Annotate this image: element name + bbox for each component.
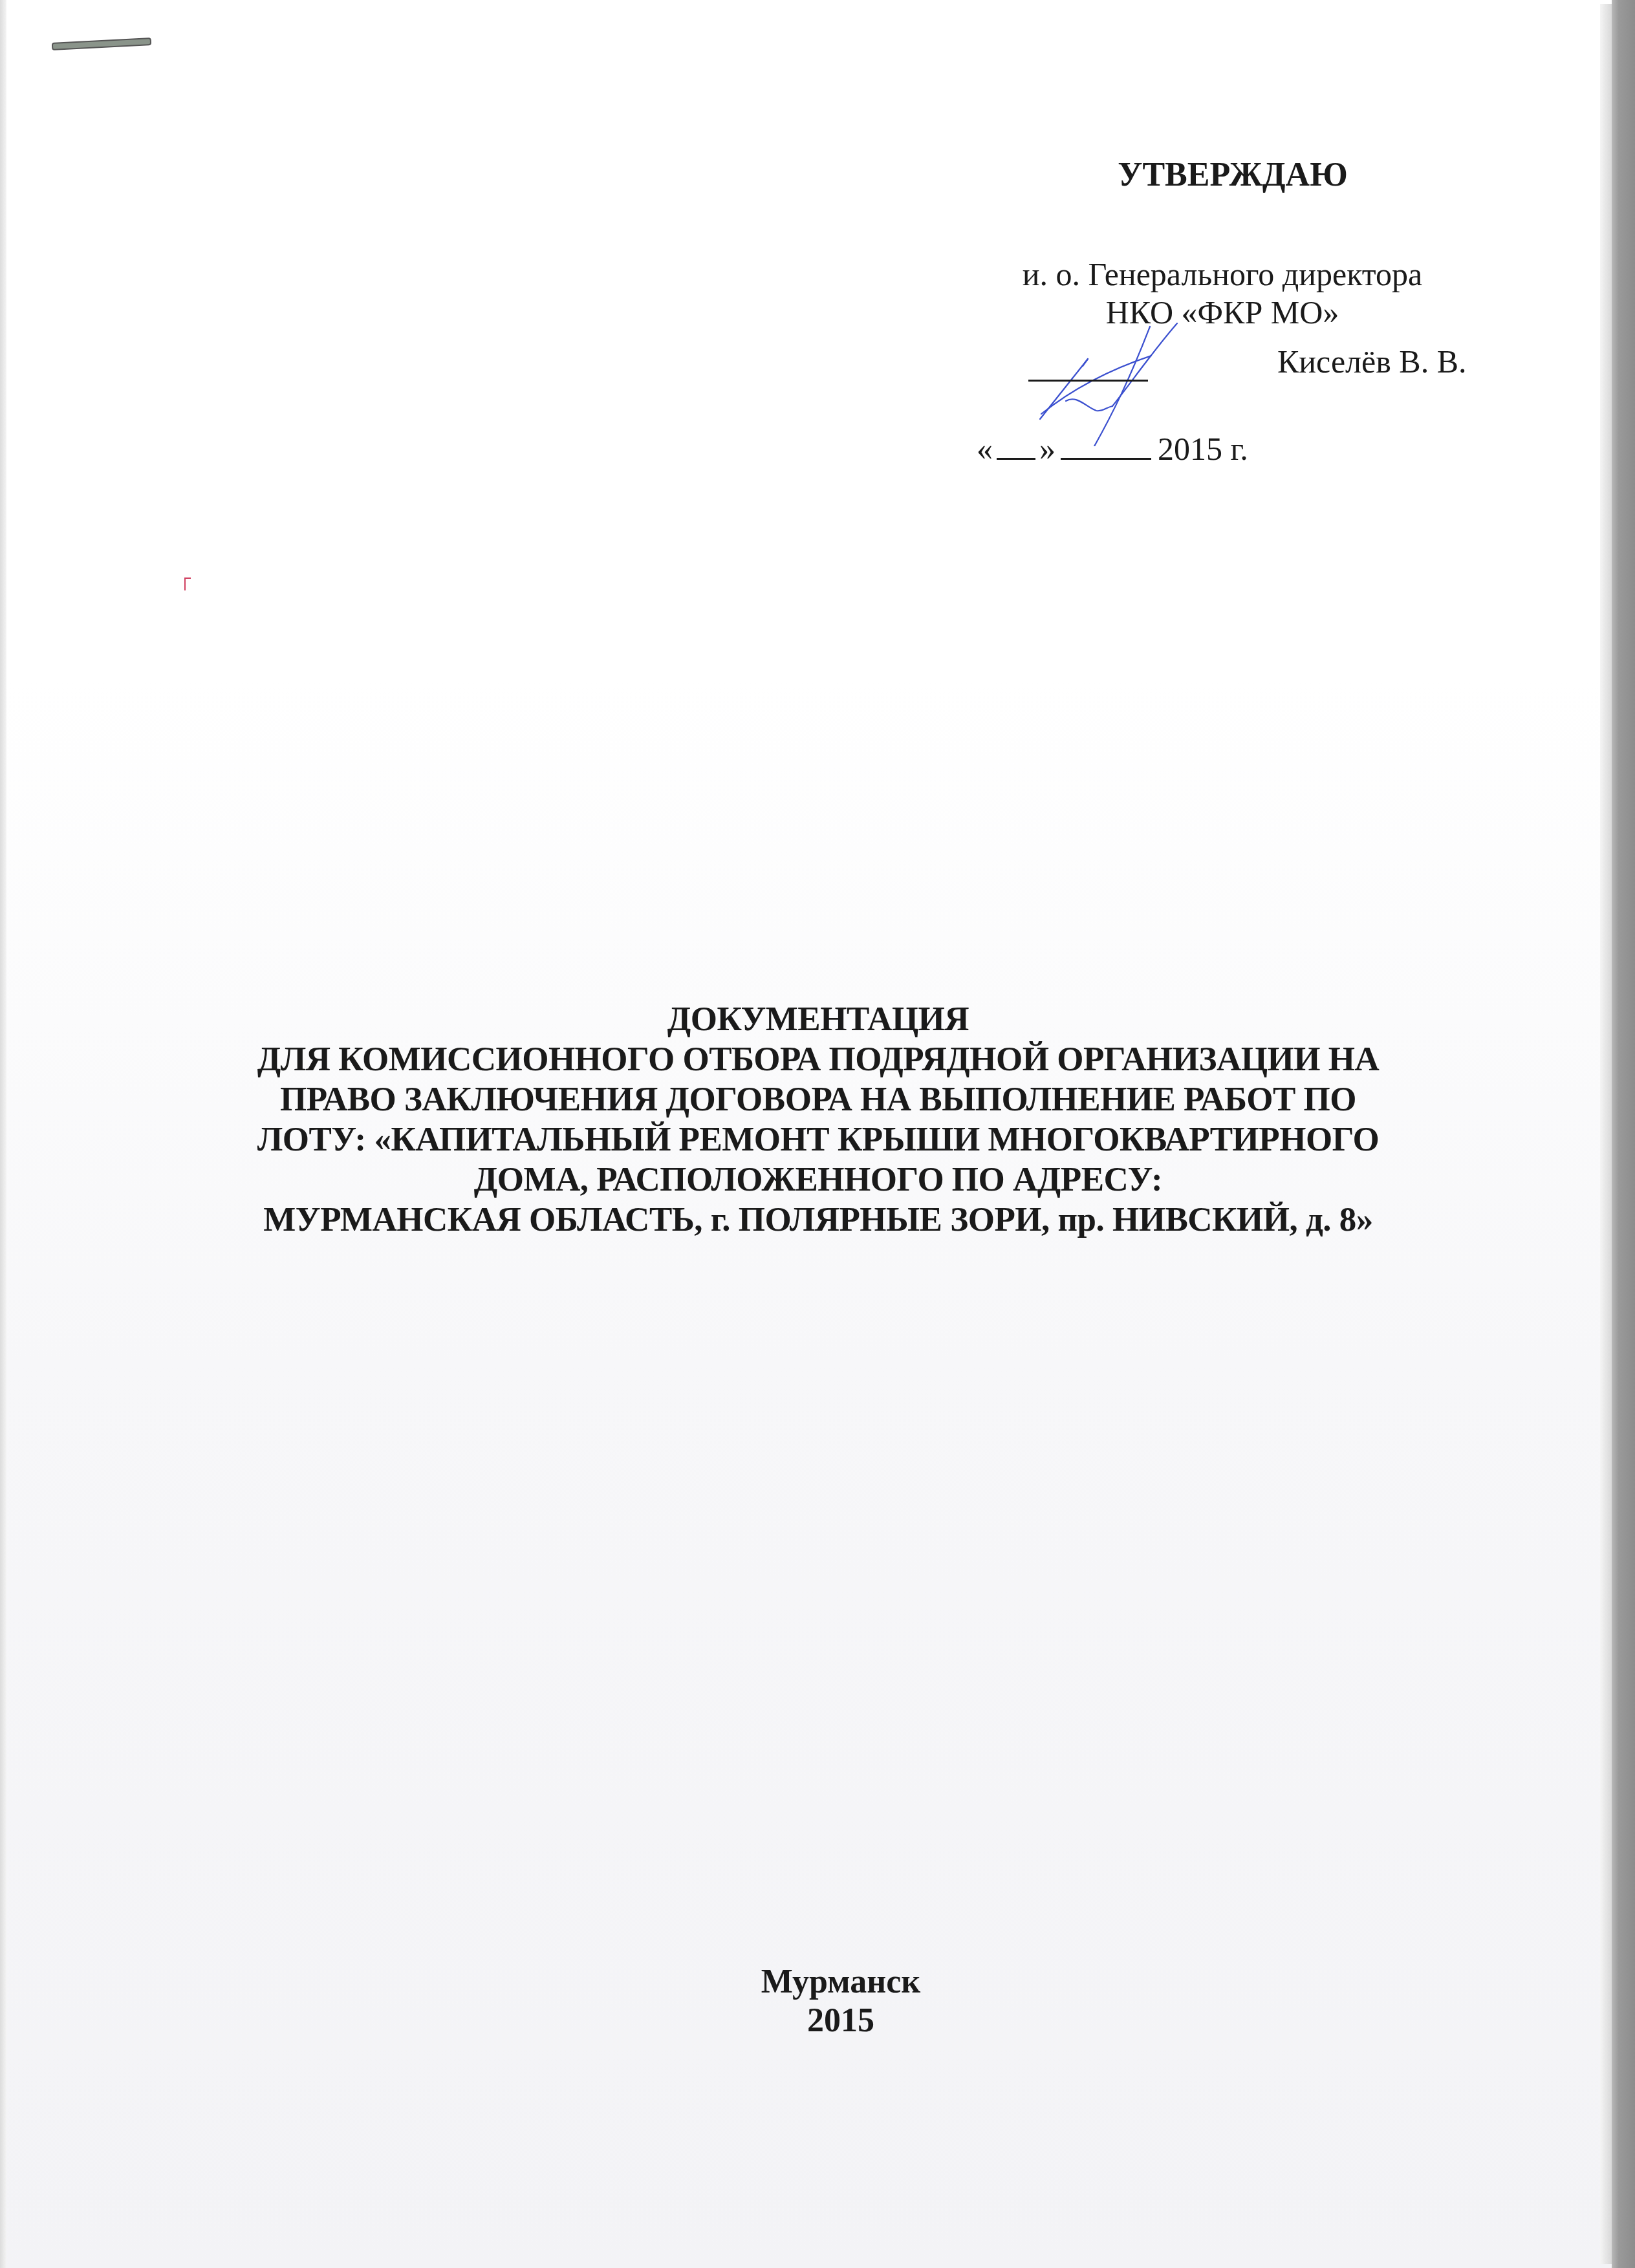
- paper-edge-shadow: [1600, 4, 1612, 2264]
- footer-year: 2015: [647, 2002, 1035, 2040]
- document-page: УТВЕРЖДАЮ и. о. Генерального директора Н…: [0, 0, 1635, 2268]
- month-blank: [1061, 433, 1151, 460]
- title-line: ДЛЯ КОМИССИОННОГО ОТБОРА ПОДРЯДНОЙ ОРГАН…: [168, 1039, 1468, 1079]
- title-line: ПРАВО ЗАКЛЮЧЕНИЯ ДОГОВОРА НА ВЫПОЛНЕНИЕ …: [168, 1079, 1468, 1119]
- pencil-mark: [52, 38, 151, 50]
- date-year: 2015 г.: [1158, 431, 1248, 467]
- red-pen-mark: [184, 578, 191, 590]
- title-heading: ДОКУМЕНТАЦИЯ: [168, 999, 1468, 1039]
- director-title: и. о. Генерального директора: [977, 255, 1468, 294]
- document-title: ДОКУМЕНТАЦИЯ ДЛЯ КОМИССИОННОГО ОТБОРА ПО…: [168, 999, 1468, 1240]
- handwritten-signature: [1015, 317, 1184, 446]
- scanner-edge-right: [1612, 0, 1635, 2268]
- approve-heading: УТВЕРЖДАЮ: [1084, 155, 1381, 195]
- document-footer: Мурманск 2015: [647, 1963, 1035, 2040]
- title-line: ДОМА, РАСПОЛОЖЕННОГО ПО АДРЕСУ:: [168, 1160, 1468, 1200]
- signature-line: [1028, 380, 1148, 382]
- scanner-edge-left: [0, 0, 6, 2268]
- title-line: МУРМАНСКАЯ ОБЛАСТЬ, г. ПОЛЯРНЫЕ ЗОРИ, пр…: [168, 1200, 1468, 1240]
- approval-date: «»2015 г.: [977, 430, 1248, 468]
- title-line: ЛОТУ: «КАПИТАЛЬНЫЙ РЕМОНТ КРЫШИ МНОГОКВА…: [168, 1119, 1468, 1160]
- date-close-quote: »: [1039, 431, 1056, 467]
- signer-name: Киселёв В. В.: [1277, 343, 1467, 381]
- date-open-quote: «: [977, 431, 993, 467]
- footer-city: Мурманск: [647, 1963, 1035, 2002]
- day-blank: [997, 433, 1035, 460]
